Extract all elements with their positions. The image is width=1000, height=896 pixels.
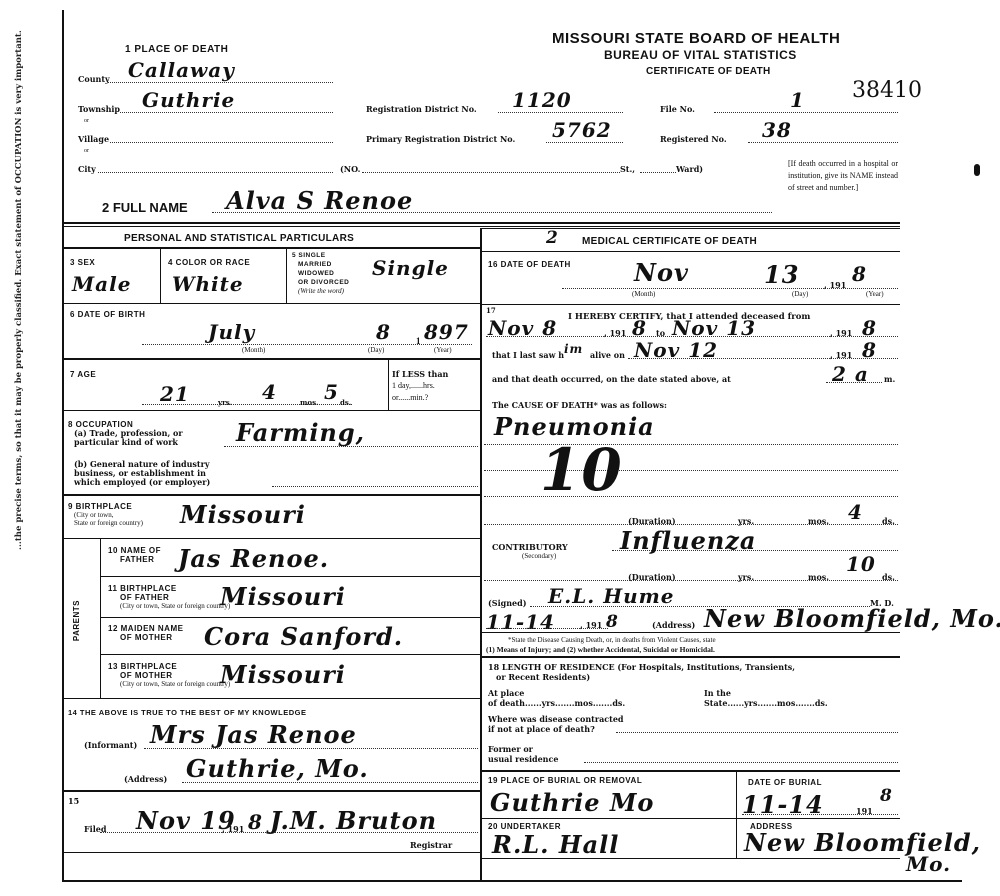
age-mos: 4 — [262, 380, 277, 404]
punch-mark — [974, 164, 980, 176]
cause-duration-ds: 4 — [848, 500, 863, 524]
address-label: (Address) — [124, 774, 167, 784]
full-name-value: Alva S Renoe — [226, 186, 413, 215]
mother-name-value: Cora Sanford. — [204, 622, 403, 651]
primary-reg-label: Primary Registration District No. — [366, 134, 515, 144]
physician-signature: E.L. Hume — [548, 584, 675, 608]
dod-label: 16 DATE OF DEATH — [488, 260, 571, 269]
county-value: Callaway — [128, 58, 235, 82]
last-saw-alive: Nov 12 — [634, 338, 718, 362]
contributory-duration-ds: 10 — [846, 552, 876, 576]
registered-no-value: 38 — [762, 118, 792, 142]
village-value — [110, 142, 333, 143]
burial-label: 19 PLACE OF BURIAL OR REMOVAL — [488, 776, 642, 785]
bottom-border — [62, 880, 962, 882]
dob-label: 6 DATE OF BIRTH — [70, 310, 145, 319]
medical-section-title: MEDICAL CERTIFICATE OF DEATH — [582, 236, 757, 247]
in-state: In the State......yrs.......mos.......ds… — [704, 688, 828, 708]
residence-label: 18 LENGTH OF RESIDENCE (For Hospitals, I… — [488, 662, 795, 682]
personal-section-title: PERSONAL AND STATISTICAL PARTICULARS — [124, 233, 354, 244]
birthplace-label: 9 BIRTHPLACE — [68, 502, 132, 511]
place-of-death-label: 1 PLACE OF DEATH — [125, 44, 228, 55]
race-label: 4 COLOR OR RACE — [168, 258, 250, 267]
birthplace-value: Missouri — [180, 500, 306, 529]
undertaker-value: R.L. Hall — [492, 830, 619, 859]
registrar-label: Registrar — [410, 840, 452, 850]
signed-label: (Signed) — [488, 598, 526, 608]
race-value: White — [172, 272, 244, 296]
disease-contracted: Where was disease contracted if not at p… — [488, 714, 624, 734]
signed-year: 8 — [606, 612, 619, 632]
father-birthplace-value: Missouri — [220, 582, 346, 611]
city-label: City — [78, 164, 96, 174]
age-ds: 5 — [324, 380, 339, 404]
primary-reg-value: 5762 — [552, 118, 612, 142]
township-value: Guthrie — [142, 88, 235, 112]
marital-value: Single — [372, 256, 449, 280]
age-label: 7 AGE — [70, 370, 96, 379]
stamp-number: 38410 — [852, 78, 922, 103]
footnote: *State the Disease Causing Death, or, in… — [486, 635, 716, 655]
filed-num: 15 — [68, 796, 79, 806]
mother-birthplace-value: Missouri — [220, 660, 346, 689]
file-no-value: 1 — [790, 88, 805, 112]
less-than-day: If LESS than 1 day,......hrs. or......mi… — [392, 368, 448, 404]
informant-label: (Informant) — [84, 740, 137, 750]
file-no-label: File No. — [660, 104, 695, 114]
village-label: Village — [78, 134, 109, 144]
informant-heading: 14 THE ABOVE IS TRUE TO THE BEST OF MY K… — [68, 708, 306, 717]
signed-date: 11-14 — [486, 610, 555, 634]
from-year: 8 — [632, 316, 647, 340]
st-label: St., — [620, 164, 635, 174]
burial-year: 8 — [880, 786, 893, 806]
ward-label: Ward) — [676, 164, 703, 174]
sex-label: 3 SEX — [70, 258, 95, 267]
form-title: MISSOURI STATE BOARD OF HEALTH — [552, 30, 840, 47]
marital-labels: 5 SINGLE MARRIED WIDOWED OR DIVORCED (Wr… — [292, 251, 349, 296]
attended-from: Nov 8 — [488, 316, 557, 340]
no-label: (NO. — [340, 164, 360, 174]
cause-code: 10 — [540, 436, 623, 504]
burial-place-value: Guthrie Mo — [490, 788, 654, 817]
filed-year-value: 8 — [248, 810, 263, 834]
physician-address: New Bloomfield, Mo. — [704, 604, 1000, 633]
township-label: Township — [78, 104, 120, 114]
dob-day: 8 — [376, 320, 391, 344]
contributory-value: Influenza — [620, 526, 756, 555]
sex-value: Male — [72, 272, 131, 296]
to-year: 8 — [862, 316, 877, 340]
father-name-value: Jas Renoe. — [178, 544, 329, 573]
dob-year: 897 — [424, 320, 469, 344]
attended-to: Nov 13 — [672, 316, 756, 340]
time-of-death: 2 a — [832, 362, 869, 386]
dod-month: Nov — [634, 258, 689, 287]
informant-address-value: Guthrie, Mo. — [186, 754, 369, 783]
parents-label: PARENTS — [72, 600, 81, 641]
city-value — [98, 172, 333, 173]
margin-note: ...the precise terms, so that it may be … — [14, 30, 28, 670]
registered-no-label: Registered No. — [660, 134, 727, 144]
burial-date-label: DATE OF BURIAL — [748, 778, 822, 787]
last-year: 8 — [862, 338, 877, 362]
occupation-b-value — [272, 486, 478, 487]
former-residence: Former or usual residence — [488, 744, 558, 764]
county-label: County — [78, 74, 110, 84]
reg-district-value: 1120 — [512, 88, 572, 112]
dod-day: 13 — [764, 260, 799, 289]
reg-district-label: Registration District No. — [366, 104, 477, 114]
left-border — [62, 10, 64, 880]
age-yrs: 21 — [160, 382, 190, 406]
dod-year: 8 — [852, 262, 867, 286]
medical-section-num: 2 — [546, 228, 559, 248]
column-divider — [480, 228, 482, 880]
undertaker-address-state: Mo. — [906, 852, 951, 876]
contributory-label: CONTRIBUTORY — [492, 542, 568, 552]
dob-month: July — [208, 320, 255, 344]
occurred-label: and that death occurred, on the date sta… — [492, 374, 731, 384]
cause-label: The CAUSE OF DEATH* was as follows: — [492, 400, 667, 410]
at-place-of-death: At place of death......yrs.......mos....… — [488, 688, 625, 708]
hospital-note: [If death occurred in a hospital or inst… — [788, 158, 898, 194]
form-subtitle: BUREAU OF VITAL STATISTICS — [604, 48, 797, 62]
informant-value: Mrs Jas Renoe — [150, 720, 357, 749]
full-name-label: 2 FULL NAME — [102, 200, 188, 215]
filed-date-value: Nov 19 — [136, 806, 236, 835]
registrar-signature: J.M. Bruton — [270, 806, 437, 835]
form-name: CERTIFICATE OF DEATH — [646, 66, 771, 77]
occupation-value: Farming, — [236, 418, 365, 447]
